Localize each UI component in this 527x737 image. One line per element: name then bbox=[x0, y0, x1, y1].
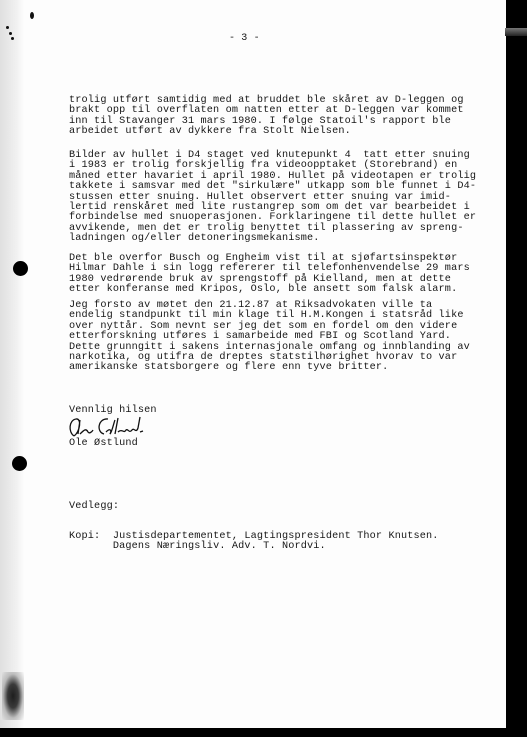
copy-label: Kopi: bbox=[69, 531, 100, 542]
paragraph-1: trolig utført samtidig med at bruddet bl… bbox=[69, 96, 464, 138]
punch-hole bbox=[13, 261, 28, 276]
paragraph-2: Bilder av hullet i D4 staget ved knutepu… bbox=[69, 151, 476, 245]
ink-speck bbox=[6, 26, 9, 29]
punch-hole bbox=[12, 456, 27, 471]
ink-speck bbox=[30, 12, 34, 19]
scan-edge-shadow bbox=[505, 28, 527, 36]
document-page: - 3 - trolig utført samtidig med at brud… bbox=[0, 0, 506, 728]
ink-speck bbox=[9, 32, 12, 35]
copy-recipients: Kopi: Justisdepartementet, Lagtingspresi… bbox=[69, 532, 439, 553]
paragraph-3: Det ble overfor Busch og Engheim vist ti… bbox=[69, 254, 470, 296]
copy-line-2: Dagens Næringsliv. Adv. T. Nordvi. bbox=[113, 541, 326, 552]
signer-name: Ole Østlund bbox=[69, 439, 138, 449]
paragraph-4: Jeg forsto av møtet den 21.12.87 at Riks… bbox=[69, 301, 470, 374]
scan-smudge bbox=[2, 672, 24, 720]
ink-speck bbox=[11, 37, 14, 40]
page-number: - 3 - bbox=[229, 34, 260, 44]
attachments-label: Vedlegg: bbox=[69, 502, 119, 512]
